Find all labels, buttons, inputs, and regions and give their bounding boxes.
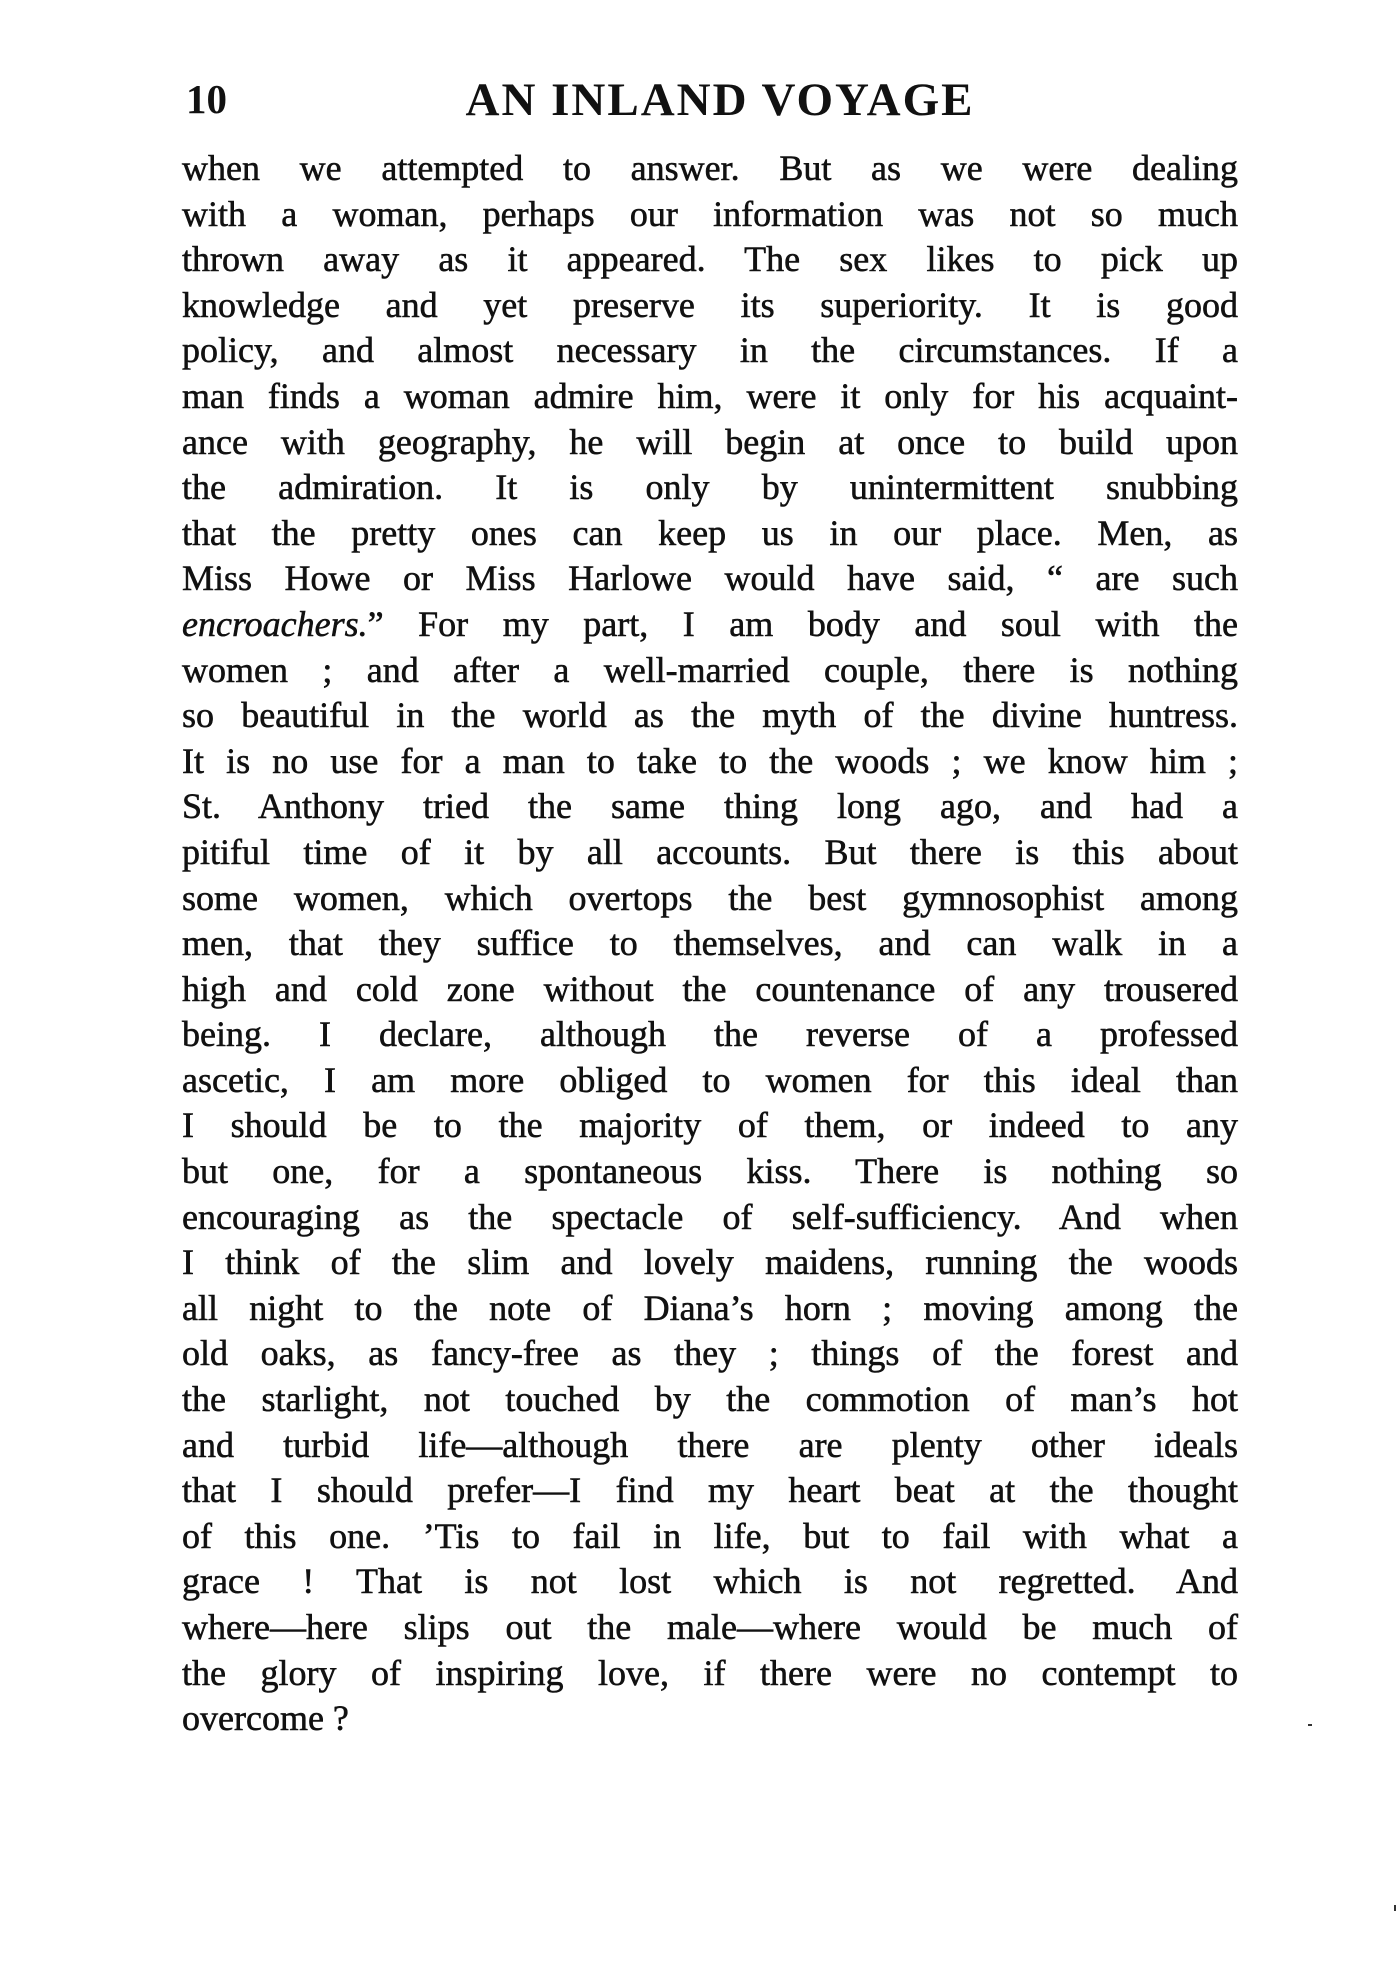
text-line: and turbid life—although there are plent… — [182, 1423, 1238, 1469]
text-line: I think of the slim and lovely maidens, … — [182, 1240, 1238, 1286]
text-line: when we attempted to answer. But as we w… — [182, 146, 1238, 192]
text-line: men, that they suffice to themselves, an… — [182, 921, 1238, 967]
text-line-last: overcome ? — [182, 1696, 1238, 1742]
text-line: St. Anthony tried the same thing long ag… — [182, 784, 1238, 830]
text-line: of this one. ’Tis to fail in life, but t… — [182, 1514, 1238, 1560]
text-line: with a woman, perhaps our information wa… — [182, 192, 1238, 238]
text-line: but one, for a spontaneous kiss. There i… — [182, 1149, 1238, 1195]
text-line: some women, which overtops the best gymn… — [182, 876, 1238, 922]
text-line: man finds a woman admire him, were it on… — [182, 374, 1238, 420]
text-line: Miss Howe or Miss Harlowe would have sai… — [182, 556, 1238, 602]
text-line: that I should prefer—I find my heart bea… — [182, 1468, 1238, 1514]
text-line: It is no use for a man to take to the wo… — [182, 739, 1238, 785]
scan-speck — [1394, 1905, 1396, 1911]
body-text: when we attempted to answer. But as we w… — [182, 146, 1238, 1742]
text-line: encouraging as the spectacle of self-suf… — [182, 1195, 1238, 1241]
text-line: ascetic, I am more obliged to women for … — [182, 1058, 1238, 1104]
book-page: 10 AN INLAND VOYAGE when we attempted to… — [0, 0, 1398, 1970]
text-line: ance with geography, he will begin at on… — [182, 420, 1238, 466]
text-line: women ; and after a well-married couple,… — [182, 648, 1238, 694]
text-line: where—here slips out the male—where woul… — [182, 1605, 1238, 1651]
text-line: the starlight, not touched by the commot… — [182, 1377, 1238, 1423]
text-line: the glory of inspiring love, if there we… — [182, 1651, 1238, 1697]
scan-speck — [1308, 1724, 1312, 1726]
text-line: that the pretty ones can keep us in our … — [182, 511, 1238, 557]
page-number: 10 — [186, 74, 227, 124]
text-line: pitiful time of it by all accounts. But … — [182, 830, 1238, 876]
text-line-rest: ” For my part, I am body and soul with t… — [368, 604, 1238, 644]
text-line: being. I declare, although the reverse o… — [182, 1012, 1238, 1058]
text-line: so beautiful in the world as the myth of… — [182, 693, 1238, 739]
book-title: AN INLAND VOYAGE — [462, 70, 978, 130]
text-line: high and cold zone without the countenan… — [182, 967, 1238, 1013]
text-line-encroachers: encroachers.” For my part, I am body and… — [182, 602, 1238, 648]
text-line: thrown away as it appeared. The sex like… — [182, 237, 1238, 283]
text-line: I should be to the majority of them, or … — [182, 1103, 1238, 1149]
text-line: policy, and almost necessary in the circ… — [182, 328, 1238, 374]
text-line: old oaks, as fancy-free as they ; things… — [182, 1331, 1238, 1377]
text-line: grace ! That is not lost which is not re… — [182, 1559, 1238, 1605]
text-line: knowledge and yet preserve its superiori… — [182, 283, 1238, 329]
text-line: all night to the note of Diana’s horn ; … — [182, 1286, 1238, 1332]
text-line: the admiration. It is only by unintermit… — [182, 465, 1238, 511]
running-head: 10 AN INLAND VOYAGE — [186, 70, 1238, 130]
italic-word: encroachers. — [182, 604, 368, 644]
